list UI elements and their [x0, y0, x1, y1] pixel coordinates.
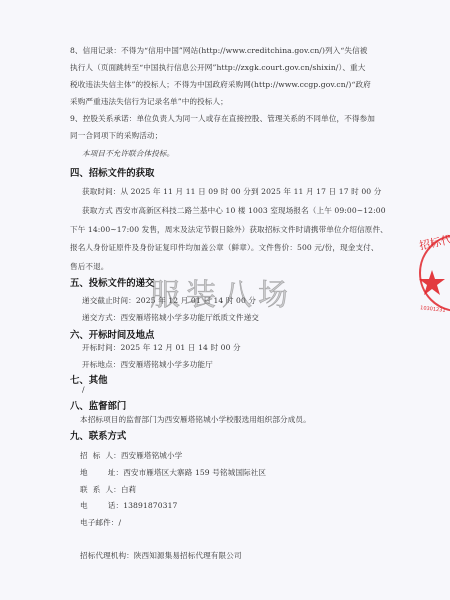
document-page: 8、信用记录：不得为“信用中国”网站(http://www.creditchin…: [0, 0, 450, 600]
watermark: 服装八场: [150, 270, 294, 314]
address-line: 地 址：西安市雁塔区大寨路 159 号铭城国际社区: [80, 468, 266, 478]
credit-record-line-1: 8、信用记录：不得为“信用中国”网站(http://www.creditchin…: [70, 46, 367, 56]
credit-record-line-3: 税收违法失信主体”的投标人；不得为中国政府采购网(http://www.ccgp…: [70, 80, 371, 90]
acquisition-method-line-2: 下午 14:00~17:00 发售，周末及法定节假日除外）获取招标文件时请携带单…: [70, 225, 388, 235]
acquisition-method-line-1: 获取方式 西安市高新区科技二路兰基中心 10 楼 1003 室现场报名（上午 0…: [82, 206, 386, 216]
holding-commitment-line-1: 9、控股关系承诺：单位负责人为同一人或存在直接控股、管理关系的不同单位，不得参加: [70, 114, 375, 124]
email-line: 电子邮件：/: [80, 518, 121, 528]
credit-record-line-2: 执行人（页面跳转至“中国执行信息公开网”http://zxgk.court.go…: [70, 63, 365, 73]
acquisition-method-line-3: 报名人身份证原件及身份证复印件均加盖公章（鲜章）。文件售价：500 元/份，现金…: [70, 243, 379, 253]
consortium-note: 本项目不允许联合体投标。: [82, 149, 174, 159]
submission-method: 递交方式：西安雁塔铭城小学多功能厅纸质文件递交: [82, 313, 259, 323]
agency-line: 招标代理机构：陕西知源集易招标代理有限公司: [80, 551, 242, 561]
section-7-title: 七、其他: [70, 372, 108, 386]
supervision-content: 本招标项目的监督部门为西安雁塔铭城小学校服选用组织部分成员。: [80, 415, 311, 425]
section-9-title: 九、联系方式: [70, 428, 126, 442]
acquisition-method-line-4: 售后不退。: [70, 262, 108, 272]
svg-text:招标代: 招标代: [418, 232, 450, 253]
phone-line: 电 话：13891870317: [80, 501, 177, 511]
other-content: /: [82, 385, 85, 395]
section-6-title: 六、开标时间及地点: [70, 327, 154, 341]
opening-time: 开标时间：2025 年 12 月 01 日 14 时 00 分: [82, 343, 241, 353]
section-8-title: 八、监督部门: [70, 398, 126, 412]
section-5-title: 五、投标文件的递交: [70, 275, 154, 289]
section-4-title: 四、招标文件的获取: [70, 165, 154, 179]
official-seal-icon: 招标代 10301231: [418, 218, 450, 328]
acquisition-time: 获取时间：从 2025 年 11 月 11 日 09 时 00 分到 2025 …: [82, 187, 381, 197]
credit-record-line-4: 采购严重违法失信行为记录名单”中的投标人；: [70, 97, 228, 107]
svg-text:10301231: 10301231: [420, 305, 446, 314]
opening-place: 开标地点：西安雁塔铭城小学多功能厅: [82, 360, 213, 370]
tenderer-line: 招 标 人：西安雁塔铭城小学: [80, 451, 182, 461]
contact-person-line: 联 系 人：白莉: [80, 485, 136, 495]
holding-commitment-line-2: 同一合同项下的采购活动；: [70, 131, 162, 141]
